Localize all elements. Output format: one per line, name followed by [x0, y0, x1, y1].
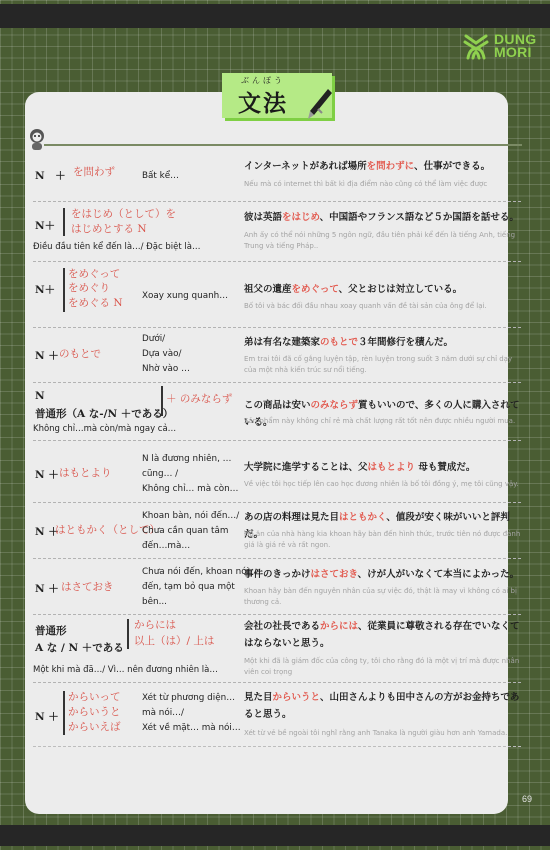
- grammar-row: N＋ をめぐって をめぐり をめぐる N Xoay xung quanh… 祖父…: [33, 262, 521, 328]
- formula-line2: 普通形（A な-/N ＋である）: [35, 406, 173, 421]
- grammar-highlight: のもとで: [320, 337, 358, 348]
- formula: N ＋: [35, 168, 66, 183]
- bracket-bar: [161, 386, 163, 416]
- grammar-pattern: ＋ のみならず: [166, 392, 232, 406]
- meaning: Nhờ vào …: [142, 362, 190, 376]
- example-vi: Bố tôi và bác đối đầu nhau xoay quanh vấ…: [244, 301, 522, 312]
- example-vi: Anh ấy có thể nói những 5 ngôn ngữ, đầu …: [244, 230, 522, 252]
- example-jp: インターネットがあれば場所を問わずに、仕事ができる。: [244, 158, 522, 175]
- example-vi: Đồ ăn của nhà hàng kia khoan hãy bàn đến…: [244, 529, 522, 551]
- meaning: N là đương nhiên, …: [142, 452, 231, 466]
- page-number: 69: [522, 794, 532, 804]
- meaning: Xét từ phương diện…: [142, 691, 235, 705]
- meaning: Xoay xung quanh…: [142, 289, 228, 303]
- logo-line2: MORI: [494, 46, 536, 59]
- meaning: Điều đầu tiên kể đến là…/ Đặc biệt là…: [33, 242, 200, 252]
- page-title: 文法: [222, 85, 304, 118]
- grammar-row: N ＋ からいって からいうと からいえば Xét từ phương diện…: [33, 683, 521, 747]
- grammar-highlight: はもとより: [368, 462, 416, 473]
- grammar-pattern: はもとより: [59, 466, 112, 480]
- grammar-pattern: からには: [134, 618, 176, 632]
- meaning: cũng… /: [142, 467, 178, 481]
- example-jp: 見た目からいうと、山田さんよりも田中さんの方がお金持ちであると思う。: [244, 689, 522, 723]
- meaning: Chưa cần quan tâm: [142, 524, 228, 538]
- example-jp: 事件のきっかけはさておき、けが人がいなくて本当によかった。: [244, 566, 522, 583]
- brand-logo: DUNG MORI: [462, 32, 536, 60]
- grammar-highlight: をはじめ: [282, 212, 320, 223]
- meaning: Không chỉ… mà còn…: [142, 482, 238, 496]
- grammar-pattern: をはじめ（として）を: [71, 207, 176, 221]
- leaf-logo-icon: [462, 32, 490, 60]
- example-vi: Sản phẩm này không chỉ rẻ mà chất lượng …: [244, 416, 522, 427]
- header-divider: [44, 144, 522, 146]
- meaning: Dưới/: [142, 332, 165, 346]
- example-vi: Khoan hãy bàn đến nguyên nhân của sự việ…: [244, 586, 522, 608]
- grammar-pattern: をめぐる N: [68, 296, 123, 310]
- grammar-pattern: からいうと: [68, 705, 121, 719]
- grammar-highlight: からには: [320, 621, 358, 632]
- bracket-bar: [63, 268, 65, 312]
- example-vi: Xét từ vẻ bề ngoài tôi nghĩ rằng anh Tan…: [244, 728, 522, 739]
- bottom-bar: [0, 825, 550, 846]
- grammar-row: N 普通形（A な-/N ＋である） ＋ のみならず Không chỉ…mà …: [33, 383, 521, 441]
- mascot-icon: [27, 128, 47, 152]
- pen-icon: [306, 87, 334, 121]
- section-title-tab: ぶんぽう 文法: [222, 73, 332, 118]
- grammar-row: N ＋ はさておき Chưa nói đến, khoan nói đến, t…: [33, 559, 521, 615]
- grammar-pattern: からいって: [68, 690, 121, 704]
- formula: N ＋: [35, 467, 59, 482]
- grammar-highlight: のみならず: [311, 400, 359, 411]
- meaning: bên...: [142, 595, 167, 609]
- grammar-highlight: を問わずに: [367, 161, 415, 172]
- top-bar: [0, 4, 550, 28]
- grammar-pattern: を問わず: [73, 165, 115, 179]
- formula-line2: A な / N ＋である: [35, 640, 124, 655]
- grammar-row: N ＋ を問わず Bất kể… インターネットがあれば場所を問わずに、仕事がで…: [33, 148, 521, 202]
- formula: N ＋: [35, 348, 59, 363]
- meaning: Xét về mặt… mà nói…: [142, 721, 241, 735]
- grammar-row: 普通形 A な / N ＋である からには 以上（は）/ 上は Một khi …: [33, 615, 521, 683]
- example-jp: 会社の社長であるからには、従業員に尊敬される存在でいなくてはならないと思う。: [244, 618, 522, 652]
- grammar-highlight: からいうと: [273, 692, 321, 703]
- meaning: đến, tạm bỏ qua một: [142, 580, 235, 594]
- formula: N＋: [35, 218, 55, 233]
- grammar-pattern: 以上（は）/ 上は: [134, 634, 214, 648]
- formula: N＋: [35, 282, 55, 297]
- grammar-highlight: をめぐって: [292, 284, 339, 295]
- meaning: Chưa nói đến, khoan nói: [142, 565, 249, 579]
- example-jp: 彼は英語をはじめ、中国語やフランス語など５か国語を話せる。: [244, 209, 522, 226]
- grammar-highlight: はさておき: [311, 569, 358, 580]
- meaning: Bất kể…: [142, 169, 179, 183]
- grammar-pattern: はじめとする N: [71, 222, 147, 236]
- formula: 普通形: [35, 623, 67, 638]
- grammar-row: N＋ をはじめ（として）を はじめとする N Điều đầu tiên kể …: [33, 202, 521, 262]
- grammar-pattern: をめぐり: [68, 281, 110, 295]
- example-vi: Nếu mà có internet thì bất kì địa điểm n…: [244, 179, 522, 190]
- example-vi: Em trai tôi đã cố gắng luyện tập, rèn lu…: [244, 354, 522, 376]
- formula: N ＋: [35, 709, 59, 724]
- formula: N: [35, 390, 45, 402]
- grammar-pattern: のもとで: [59, 347, 101, 361]
- formula: N ＋: [35, 581, 59, 596]
- grammar-highlight: はともかく: [339, 512, 386, 523]
- example-jp: 弟は有名な建築家のもとで３年間修行を積んだ。: [244, 334, 522, 351]
- meaning: Khoan bàn, nói đến…/: [142, 509, 239, 523]
- meaning: đến…mà…: [142, 539, 190, 553]
- example-jp: 大学院に進学することは、父はもとより 母も賛成だ。: [244, 459, 522, 476]
- example-jp: 祖父の遺産をめぐって、父とおじは対立している。: [244, 281, 522, 298]
- bracket-bar: [63, 691, 65, 735]
- meaning: Một khi mà đã…/ Vì… nên đương nhiên là…: [33, 665, 218, 675]
- grammar-pattern: はさておき: [61, 580, 114, 594]
- meaning: mà nói…/: [142, 706, 184, 720]
- grammar-row: N ＋ のもとで Dưới/ Dựa vào/ Nhờ vào … 弟は有名な建…: [33, 328, 521, 383]
- grammar-row: N ＋ はともかく（として） Khoan bàn, nói đến…/ Chưa…: [33, 503, 521, 559]
- grammar-row: N ＋ はもとより N là đương nhiên, … cũng… / Kh…: [33, 441, 521, 503]
- bracket-bar: [127, 619, 129, 649]
- bracket-bar: [63, 208, 65, 236]
- grammar-pattern: からいえば: [68, 720, 121, 734]
- grammar-pattern: をめぐって: [68, 267, 120, 281]
- meaning: Dựa vào/: [142, 347, 181, 361]
- meaning: Không chỉ…mà còn/mà ngay cả…: [33, 424, 176, 434]
- example-vi: Một khi đã là giám đốc của công ty, tôi …: [244, 656, 522, 678]
- example-vi: Về việc tôi học tiếp lên cao học đương n…: [244, 479, 522, 490]
